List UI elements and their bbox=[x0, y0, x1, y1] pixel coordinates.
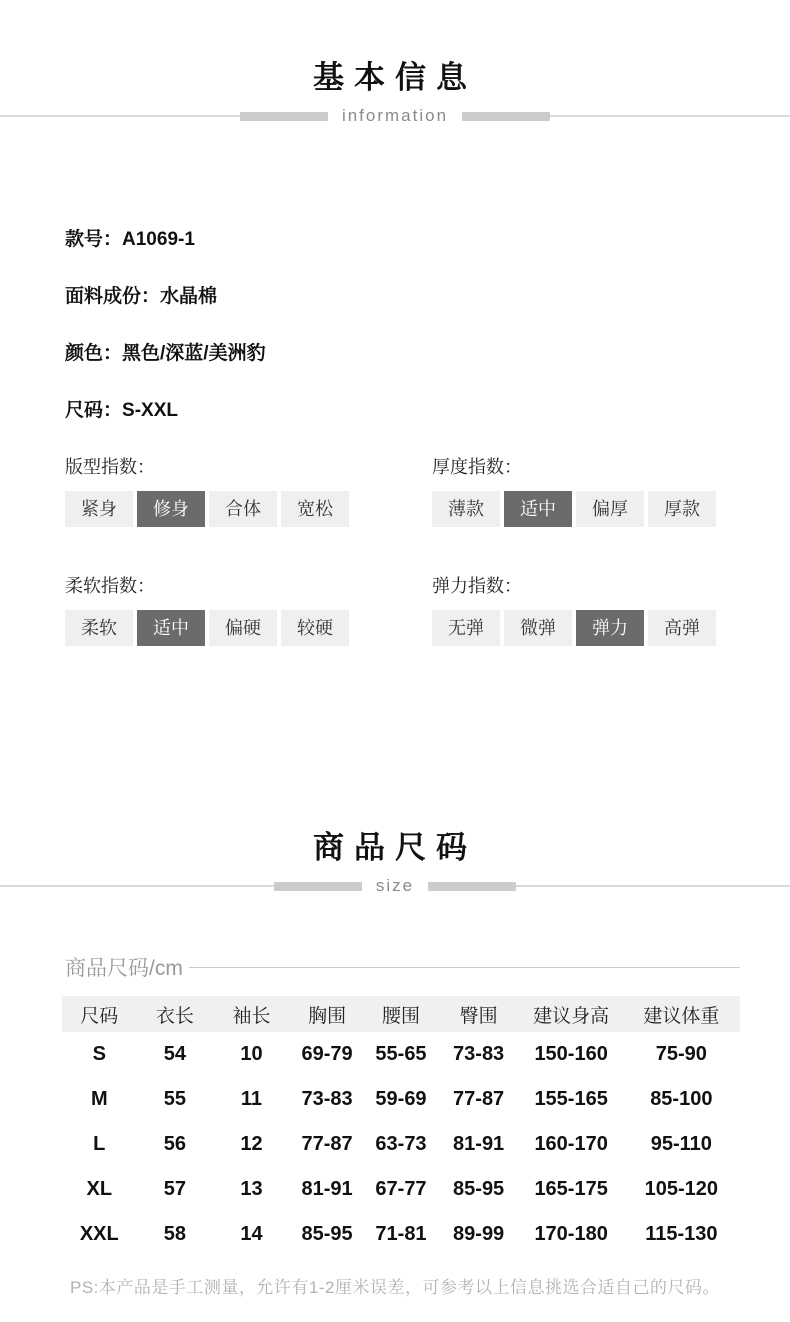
info-value: A1069-1 bbox=[122, 229, 195, 250]
chip: 高弹 bbox=[648, 610, 716, 646]
size-table-cell: S bbox=[62, 1032, 137, 1077]
size-table: 尺码衣长袖长胸围腰围臀围建议身高建议体重 S541069-7955-6573-8… bbox=[62, 996, 740, 1257]
chip: 合体 bbox=[209, 491, 277, 527]
info-list: 款号：A1069-1面料成份：水晶棉颜色：黑色/深蓝/美洲豹尺码：S-XXL bbox=[0, 230, 790, 420]
size-table-row: S541069-7955-6573-83150-16075-90 bbox=[62, 1032, 740, 1077]
size-table-cell: 81-91 bbox=[438, 1122, 520, 1167]
chip: 厚款 bbox=[648, 491, 716, 527]
size-table-cell: XL bbox=[62, 1167, 137, 1212]
size-table-cell: 89-99 bbox=[438, 1212, 520, 1257]
size-table-cell: 115-130 bbox=[623, 1212, 740, 1257]
caption-rule-line bbox=[189, 967, 740, 968]
size-table-cell: 59-69 bbox=[364, 1077, 437, 1122]
size-table-cell: 67-77 bbox=[364, 1167, 437, 1212]
size-table-header-cell: 建议体重 bbox=[623, 996, 740, 1032]
info-item: 颜色：黑色/深蓝/美洲豹 bbox=[65, 344, 790, 363]
size-table-header-cell: 胸围 bbox=[290, 996, 365, 1032]
size-table-row: M551173-8359-6977-87155-16585-100 bbox=[62, 1077, 740, 1122]
size-table-cell: 11 bbox=[213, 1077, 290, 1122]
index-block: 版型指数：紧身修身合体宽松 bbox=[65, 458, 432, 527]
index-block: 柔软指数：柔软适中偏硬较硬 bbox=[65, 577, 432, 646]
size-table-cell: 85-95 bbox=[290, 1212, 365, 1257]
size-table-cell: 71-81 bbox=[364, 1212, 437, 1257]
info-item: 面料成份：水晶棉 bbox=[65, 287, 790, 306]
index-label: 弹力指数： bbox=[432, 577, 790, 595]
size-table-cell: 155-165 bbox=[520, 1077, 623, 1122]
size-table-cell: 69-79 bbox=[290, 1032, 365, 1077]
size-table-caption: 商品尺码/cm bbox=[65, 952, 183, 982]
size-table-cell: 73-83 bbox=[438, 1032, 520, 1077]
info-value: S-XXL bbox=[122, 400, 178, 421]
info-item: 款号：A1069-1 bbox=[65, 230, 790, 249]
basic-info-title: 基本信息 bbox=[0, 52, 790, 97]
size-table-cell: 13 bbox=[213, 1167, 290, 1212]
basic-info-divider: information bbox=[0, 106, 790, 126]
chip: 较硬 bbox=[281, 610, 349, 646]
chip-selected: 修身 bbox=[137, 491, 205, 527]
size-table-cell: 63-73 bbox=[364, 1122, 437, 1167]
size-table-cell: XXL bbox=[62, 1212, 137, 1257]
size-table-cell: 55 bbox=[137, 1077, 214, 1122]
chip-row: 无弹微弹弹力高弹 bbox=[432, 610, 790, 646]
size-table-cell: 95-110 bbox=[623, 1122, 740, 1167]
size-header: 商品尺码 size bbox=[0, 822, 790, 896]
index-label: 柔软指数： bbox=[65, 577, 432, 595]
size-table-header-cell: 袖长 bbox=[213, 996, 290, 1032]
info-label: 颜色： bbox=[65, 343, 122, 364]
size-table-cell: 58 bbox=[137, 1212, 214, 1257]
size-table-cell: 57 bbox=[137, 1167, 214, 1212]
divider-line-right bbox=[550, 115, 790, 117]
chip: 偏硬 bbox=[209, 610, 277, 646]
divider-line-left bbox=[0, 115, 240, 117]
size-table-cell: 73-83 bbox=[290, 1077, 365, 1122]
chip: 薄款 bbox=[432, 491, 500, 527]
divider-bar-left bbox=[240, 112, 328, 121]
size-section: 商品尺码/cm 尺码衣长袖长胸围腰围臀围建议身高建议体重 S541069-795… bbox=[0, 952, 790, 1298]
size-table-cell: 77-87 bbox=[290, 1122, 365, 1167]
size-table-header-cell: 臀围 bbox=[438, 996, 520, 1032]
size-table-header-cell: 建议身高 bbox=[520, 996, 623, 1032]
info-value: 水晶棉 bbox=[160, 286, 217, 307]
size-table-header-cell: 衣长 bbox=[137, 996, 214, 1032]
measurement-note: PS:本产品是手工测量，允许有1-2厘米误差，可参考以上信息挑选合适自己的尺码。 bbox=[50, 1273, 740, 1298]
chip: 宽松 bbox=[281, 491, 349, 527]
size-subtitle: size bbox=[376, 876, 414, 896]
size-table-cell: 12 bbox=[213, 1122, 290, 1167]
index-label: 版型指数： bbox=[65, 458, 432, 476]
divider-line-left bbox=[0, 885, 274, 887]
size-table-cell: 85-95 bbox=[438, 1167, 520, 1212]
product-detail-page: 基本信息 information 款号：A1069-1面料成份：水晶棉颜色：黑色… bbox=[0, 0, 790, 1322]
size-table-cell: 55-65 bbox=[364, 1032, 437, 1077]
size-table-cell: 77-87 bbox=[438, 1077, 520, 1122]
info-value: 黑色/深蓝/美洲豹 bbox=[122, 343, 266, 364]
index-label: 厚度指数： bbox=[432, 458, 790, 476]
chip: 紧身 bbox=[65, 491, 133, 527]
size-table-caption-row: 商品尺码/cm bbox=[50, 952, 740, 982]
size-table-cell: 81-91 bbox=[290, 1167, 365, 1212]
size-table-cell: 160-170 bbox=[520, 1122, 623, 1167]
info-label: 尺码： bbox=[65, 400, 122, 421]
size-table-cell: 105-120 bbox=[623, 1167, 740, 1212]
divider-bar-right bbox=[428, 882, 516, 891]
size-table-cell: 56 bbox=[137, 1122, 214, 1167]
size-table-row: L561277-8763-7381-91160-17095-110 bbox=[62, 1122, 740, 1167]
size-table-cell: 14 bbox=[213, 1212, 290, 1257]
chip: 柔软 bbox=[65, 610, 133, 646]
chip-row: 紧身修身合体宽松 bbox=[65, 491, 432, 527]
size-divider: size bbox=[0, 876, 790, 896]
chip-selected: 弹力 bbox=[576, 610, 644, 646]
chip: 微弹 bbox=[504, 610, 572, 646]
chip: 无弹 bbox=[432, 610, 500, 646]
size-table-row: XL571381-9167-7785-95165-175105-120 bbox=[62, 1167, 740, 1212]
size-table-cell: 54 bbox=[137, 1032, 214, 1077]
size-title: 商品尺码 bbox=[0, 822, 790, 867]
size-table-header-cell: 腰围 bbox=[364, 996, 437, 1032]
chip: 偏厚 bbox=[576, 491, 644, 527]
info-label: 款号： bbox=[65, 229, 122, 250]
info-label: 面料成份： bbox=[65, 286, 160, 307]
size-table-cell: 170-180 bbox=[520, 1212, 623, 1257]
divider-bar-right bbox=[462, 112, 550, 121]
size-table-row: XXL581485-9571-8189-99170-180115-130 bbox=[62, 1212, 740, 1257]
index-block: 弹力指数：无弹微弹弹力高弹 bbox=[432, 577, 790, 646]
size-table-cell: 165-175 bbox=[520, 1167, 623, 1212]
divider-line-right bbox=[516, 885, 790, 887]
size-table-cell: 10 bbox=[213, 1032, 290, 1077]
index-grid: 版型指数：紧身修身合体宽松厚度指数：薄款适中偏厚厚款柔软指数：柔软适中偏硬较硬弹… bbox=[0, 458, 790, 696]
info-item: 尺码：S-XXL bbox=[65, 401, 790, 420]
size-table-cell: L bbox=[62, 1122, 137, 1167]
index-block: 厚度指数：薄款适中偏厚厚款 bbox=[432, 458, 790, 527]
size-table-body: S541069-7955-6573-83150-16075-90M551173-… bbox=[62, 1032, 740, 1257]
size-table-cell: 150-160 bbox=[520, 1032, 623, 1077]
size-table-header-cell: 尺码 bbox=[62, 996, 137, 1032]
size-table-cell: M bbox=[62, 1077, 137, 1122]
size-table-cell: 75-90 bbox=[623, 1032, 740, 1077]
chip-row: 柔软适中偏硬较硬 bbox=[65, 610, 432, 646]
chip-row: 薄款适中偏厚厚款 bbox=[432, 491, 790, 527]
basic-info-header: 基本信息 information bbox=[0, 52, 790, 126]
chip-selected: 适中 bbox=[504, 491, 572, 527]
basic-info-subtitle: information bbox=[342, 106, 448, 126]
size-table-head: 尺码衣长袖长胸围腰围臀围建议身高建议体重 bbox=[62, 996, 740, 1032]
size-table-cell: 85-100 bbox=[623, 1077, 740, 1122]
divider-bar-left bbox=[274, 882, 362, 891]
chip-selected: 适中 bbox=[137, 610, 205, 646]
